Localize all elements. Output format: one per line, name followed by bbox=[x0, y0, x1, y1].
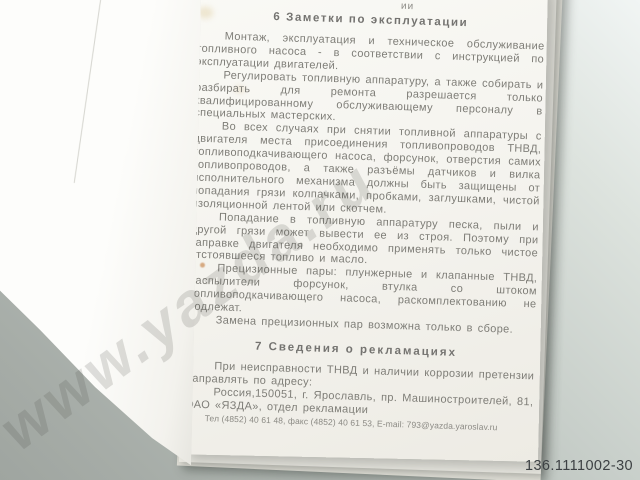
section-6-heading: 6 Заметки по эксплуатации bbox=[273, 11, 545, 32]
document-number: 136.1111002-30 bbox=[525, 458, 633, 474]
paper-crease bbox=[73, 0, 101, 183]
photo-scene: 6 Заметки по эксплуатации Монтаж, эксплу… bbox=[0, 0, 640, 480]
section-7-heading: 7 Сведения о рекламациях bbox=[255, 340, 535, 361]
page-top-text-fragment: ии bbox=[401, 1, 415, 12]
